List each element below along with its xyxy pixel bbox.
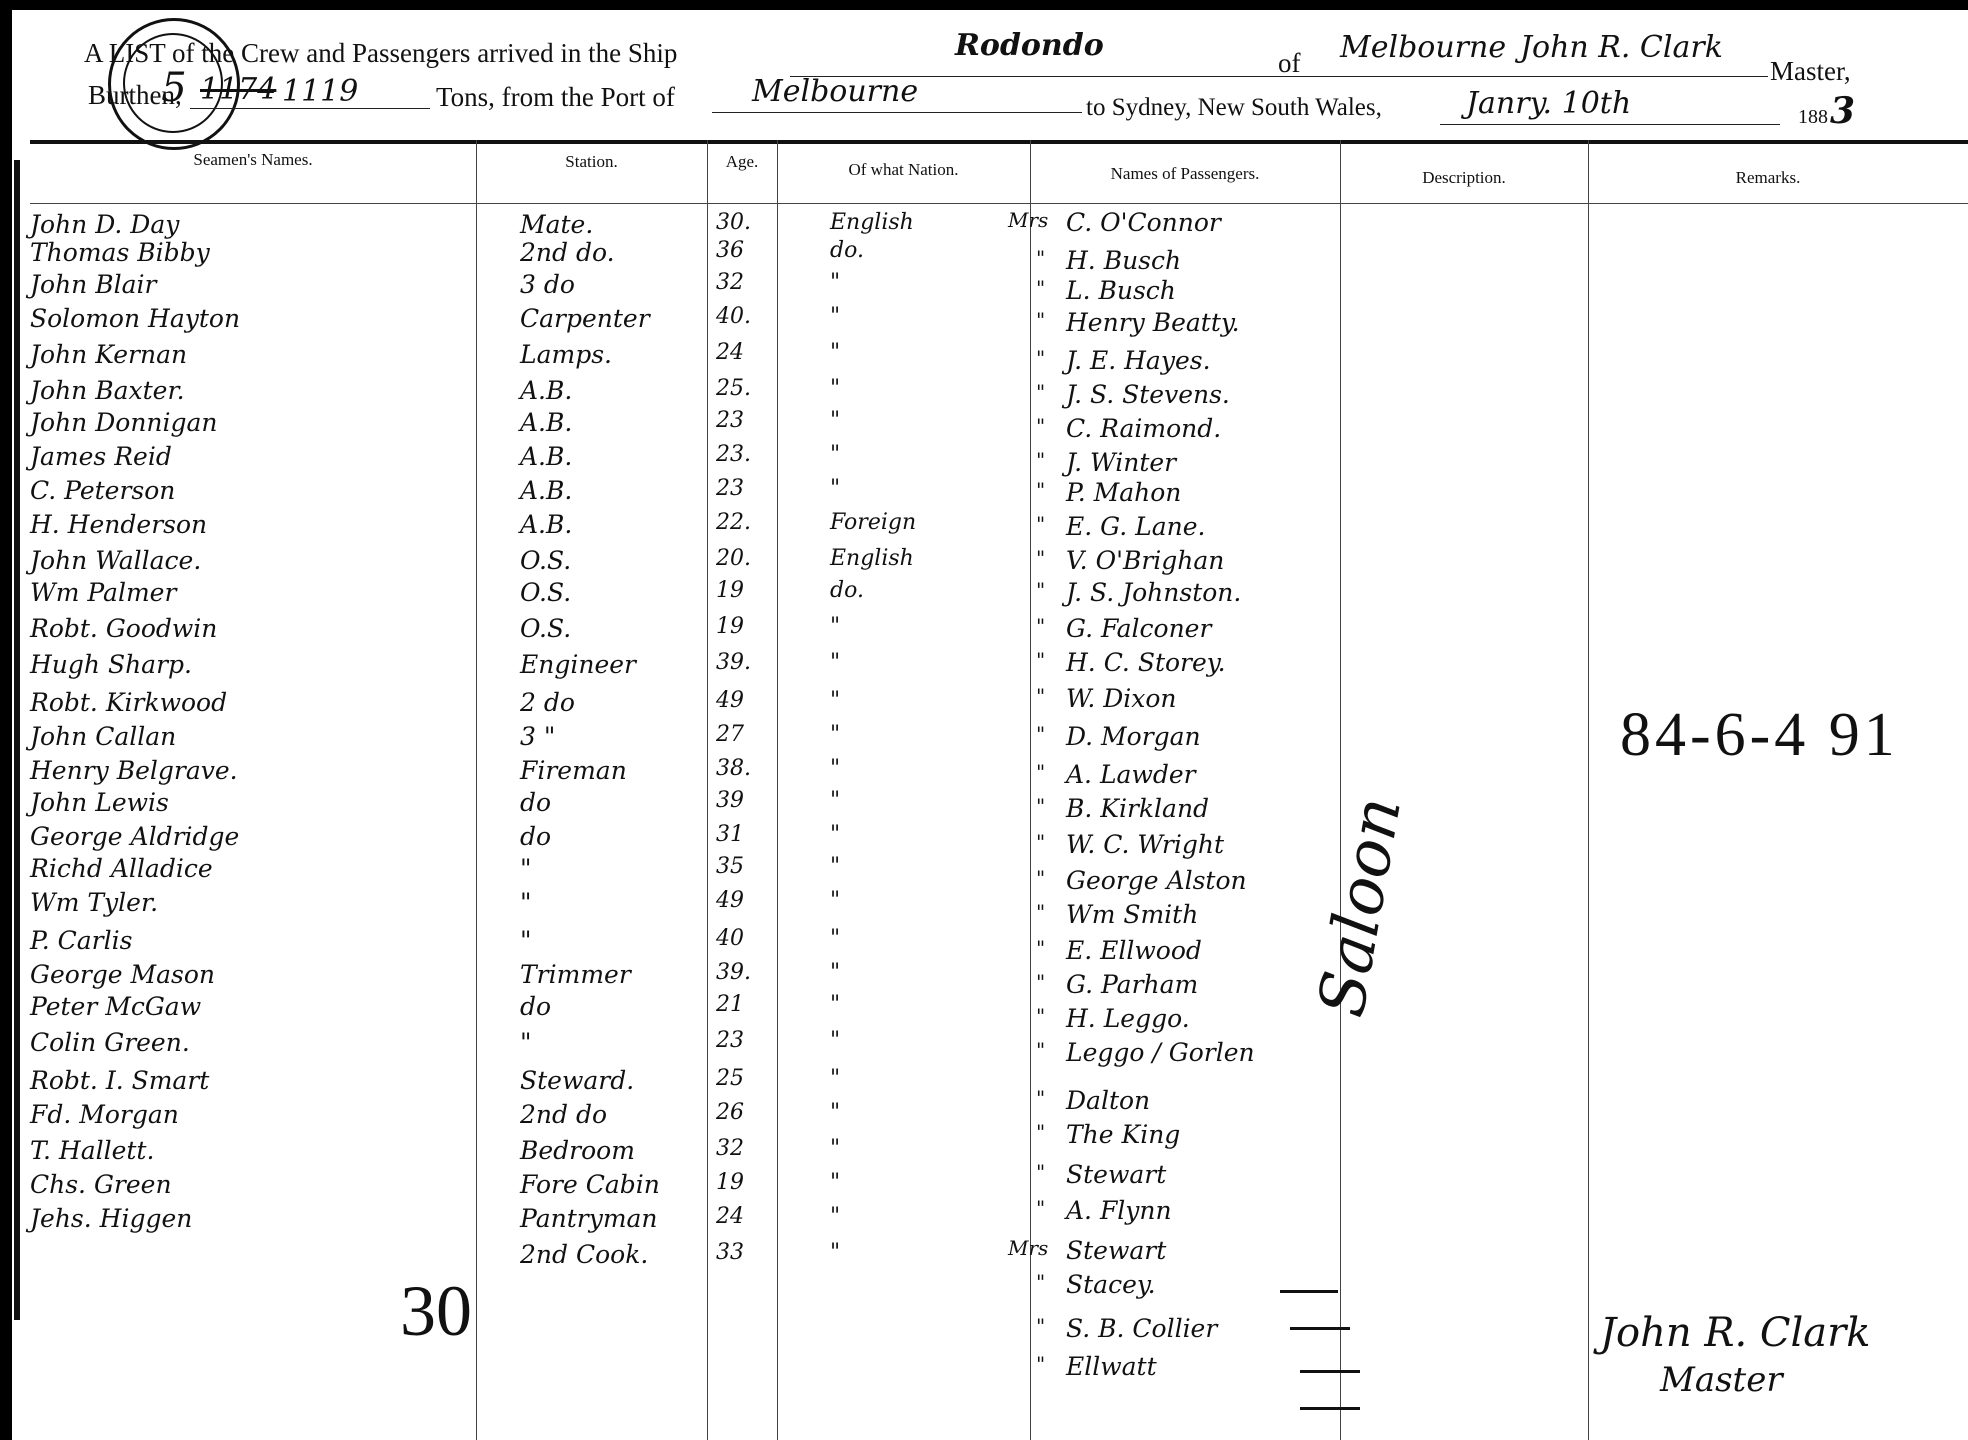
seaman-name: H. Henderson	[30, 510, 207, 539]
seaman-station: A.B.	[520, 476, 572, 505]
passenger-prefix: "	[1036, 614, 1045, 638]
seaman-nation: Foreign	[830, 510, 916, 535]
seaman-age: 32	[716, 270, 744, 295]
passenger-name: J. S. Stevens.	[1066, 380, 1230, 409]
passenger-prefix: "	[1036, 830, 1045, 854]
seaman-age: 19	[716, 1170, 744, 1195]
passenger-list-document: 5 A LIST of the Crew and Passengers arri…	[0, 0, 1968, 1440]
seaman-nation: "	[830, 304, 840, 329]
passenger-name: A. Flynn	[1066, 1196, 1172, 1225]
seaman-station: Pantryman	[520, 1204, 658, 1233]
passenger-name: D. Morgan	[1066, 722, 1201, 751]
master-signature-title: Master	[1660, 1360, 1783, 1400]
seaman-station: O.S.	[520, 614, 571, 643]
passenger-name: C. O'Connor	[1066, 208, 1221, 237]
remarks-note: 84-6-4 91	[1620, 700, 1899, 771]
seaman-name: John Lewis	[30, 788, 169, 817]
seaman-age: 26	[716, 1100, 744, 1125]
seaman-name: Jehs. Higgen	[30, 1204, 192, 1233]
seaman-age: 33	[716, 1240, 744, 1265]
passenger-name: L. Busch	[1066, 276, 1176, 305]
seaman-age: 25	[716, 1066, 744, 1091]
passenger-prefix: "	[1036, 546, 1045, 570]
seaman-nation: "	[830, 614, 840, 639]
tally-mark	[1300, 1407, 1360, 1410]
passenger-name: B. Kirkland	[1066, 794, 1209, 823]
seaman-station: O.S.	[520, 546, 571, 575]
scan-top-edge	[0, 0, 1968, 10]
seaman-station: Engineer	[520, 650, 636, 679]
passenger-prefix: "	[1036, 760, 1045, 784]
seaman-station: A.B.	[520, 510, 572, 539]
seaman-age: 19	[716, 578, 744, 603]
seaman-age: 30.	[716, 210, 751, 235]
seaman-nation: "	[830, 442, 840, 467]
col-seamen-names: Seamen's Names.	[30, 150, 476, 170]
passenger-prefix: "	[1036, 380, 1045, 404]
seaman-station: Fireman	[520, 756, 627, 785]
seaman-nation: English	[830, 546, 914, 571]
date-month-day: Janry. 10th	[1466, 86, 1631, 121]
seaman-age: 38.	[716, 756, 751, 781]
seaman-name: John Callan	[30, 722, 176, 751]
passenger-prefix: "	[1036, 648, 1045, 672]
seaman-name: Robt. I. Smart	[30, 1066, 209, 1095]
to-label: to Sydney, New South Wales,	[1086, 94, 1382, 122]
seaman-nation: "	[830, 960, 840, 985]
seaman-name: Peter McGaw	[30, 992, 201, 1021]
seaman-nation: "	[830, 376, 840, 401]
seaman-age: 32	[716, 1136, 744, 1161]
seaman-name: C. Peterson	[30, 476, 175, 505]
tons-label: Tons, from the Port of	[436, 82, 675, 113]
seaman-station: Mate.	[520, 210, 593, 239]
seaman-station: Lamps.	[520, 340, 612, 369]
passenger-name: H. Leggo.	[1066, 1004, 1190, 1033]
seaman-nation: "	[830, 1240, 840, 1265]
passenger-name: W. C. Wright	[1066, 830, 1224, 859]
binding-margin	[14, 160, 20, 1320]
ship-port: Melbourne	[1340, 30, 1506, 65]
seaman-nation: "	[830, 688, 840, 713]
passenger-name: J. E. Hayes.	[1066, 346, 1211, 375]
seaman-station: do	[520, 992, 551, 1021]
passenger-name: C. Raimond.	[1066, 414, 1221, 443]
seaman-age: 27	[716, 722, 744, 747]
seaman-age: 49	[716, 688, 744, 713]
passenger-name: E. G. Lane.	[1066, 512, 1205, 541]
tally-mark	[1280, 1290, 1338, 1293]
passenger-name: S. B. Collier	[1066, 1314, 1217, 1343]
seaman-age: 20.	[716, 546, 751, 571]
seaman-nation: "	[830, 340, 840, 365]
seaman-name: Henry Belgrave.	[30, 756, 238, 785]
master-signature: John R. Clark	[1600, 1310, 1871, 1356]
passenger-name: Stacey.	[1066, 1270, 1156, 1299]
seaman-age: 23.	[716, 442, 751, 467]
passenger-name: P. Mahon	[1066, 478, 1181, 507]
scan-left-edge	[0, 0, 12, 1440]
passenger-prefix: "	[1036, 1270, 1045, 1294]
passenger-name: H. C. Storey.	[1066, 648, 1226, 677]
ship-name: Rodondo	[955, 28, 1104, 63]
passenger-name: J. S. Johnston.	[1066, 578, 1241, 607]
seaman-nation: "	[830, 1066, 840, 1091]
seaman-nation: "	[830, 1100, 840, 1125]
seaman-nation: do.	[830, 238, 864, 263]
passenger-prefix: "	[1036, 1004, 1045, 1028]
seaman-nation: "	[830, 722, 840, 747]
seaman-name: Colin Green.	[30, 1028, 190, 1057]
seaman-nation: "	[830, 1136, 840, 1161]
seaman-name: John Blair	[30, 270, 156, 299]
seaman-station: Fore Cabin	[520, 1170, 660, 1199]
passenger-name: Stewart	[1066, 1236, 1166, 1265]
seaman-age: 40	[716, 926, 744, 951]
passenger-name: Leggo / Gorlen	[1066, 1038, 1255, 1067]
seaman-name: James Reid	[30, 442, 172, 471]
seaman-station: "	[520, 888, 532, 917]
seaman-age: 23	[716, 408, 744, 433]
seaman-station: Steward.	[520, 1066, 634, 1095]
seaman-age: 40.	[716, 304, 751, 329]
seaman-nation: "	[830, 270, 840, 295]
passenger-prefix: "	[1036, 1120, 1045, 1144]
seaman-station: A.B.	[520, 408, 572, 437]
column-divider	[476, 140, 477, 1440]
seaman-nation: "	[830, 926, 840, 951]
seaman-nation: "	[830, 1170, 840, 1195]
passenger-prefix: "	[1036, 448, 1045, 472]
passenger-prefix: "	[1036, 1160, 1045, 1184]
seaman-nation: "	[830, 1204, 840, 1229]
year-handwritten: 3	[1830, 90, 1855, 132]
column-divider	[1588, 140, 1589, 1440]
passenger-prefix: "	[1036, 970, 1045, 994]
seaman-name: T. Hallett.	[30, 1136, 154, 1165]
passenger-prefix: "	[1036, 936, 1045, 960]
passenger-name: Dalton	[1066, 1086, 1150, 1115]
passenger-name: George Alston	[1066, 866, 1247, 895]
seaman-station: A.B.	[520, 376, 572, 405]
seaman-name: Thomas Bibby	[30, 238, 210, 267]
passenger-prefix: "	[1036, 578, 1045, 602]
seaman-age: 22.	[716, 510, 751, 535]
passenger-name: H. Busch	[1066, 246, 1181, 275]
passenger-name: E. Ellwood	[1066, 936, 1202, 965]
seaman-name: George Aldridge	[30, 822, 239, 851]
seaman-name: Wm Tyler.	[30, 888, 158, 917]
seaman-age: 35	[716, 854, 744, 879]
passenger-name: J. Winter	[1066, 448, 1176, 477]
seaman-age: 24	[716, 1204, 744, 1229]
passenger-prefix: "	[1036, 684, 1045, 708]
header-title: A LIST of the Crew and Passengers arrive…	[84, 38, 677, 69]
tally-mark	[1300, 1370, 1360, 1373]
seaman-age: 19	[716, 614, 744, 639]
passenger-name: G. Falconer	[1066, 614, 1211, 643]
seaman-station: do	[520, 788, 551, 817]
passenger-name: A. Lawder	[1066, 760, 1196, 789]
master-name: John R. Clark	[1520, 30, 1723, 65]
seaman-station: 2nd do.	[520, 238, 615, 267]
seaman-age: 36	[716, 238, 744, 263]
passenger-name: G. Parham	[1066, 970, 1198, 999]
passenger-prefix: "	[1036, 900, 1045, 924]
seaman-nation: "	[830, 854, 840, 879]
passenger-prefix: "	[1036, 1352, 1045, 1376]
of-label: of	[1278, 48, 1301, 79]
passenger-prefix: "	[1036, 1038, 1045, 1062]
tally-mark	[1290, 1327, 1350, 1330]
column-divider	[777, 140, 778, 1440]
passenger-prefix: "	[1036, 722, 1045, 746]
passenger-prefix: "	[1036, 478, 1045, 502]
seaman-age: 23	[716, 476, 744, 501]
col-station: Station.	[476, 152, 707, 172]
passenger-prefix: Mrs	[1008, 1236, 1048, 1260]
col-remarks: Remarks.	[1588, 168, 1948, 188]
seaman-station: do	[520, 822, 551, 851]
seaman-name: Robt. Goodwin	[30, 614, 217, 643]
seaman-station: "	[520, 1028, 532, 1057]
column-divider	[1340, 140, 1341, 1440]
seaman-age: 21	[716, 992, 744, 1017]
seaman-nation: "	[830, 992, 840, 1017]
seaman-station: 2nd Cook.	[520, 1240, 648, 1269]
seaman-name: Richd Alladice	[30, 854, 213, 883]
seaman-nation: "	[830, 756, 840, 781]
from-port: Melbourne	[752, 74, 918, 109]
seaman-name: Wm Palmer	[30, 578, 176, 607]
seaman-station: O.S.	[520, 578, 571, 607]
seaman-age: 39	[716, 788, 744, 813]
seaman-nation: "	[830, 888, 840, 913]
seaman-nation: "	[830, 476, 840, 501]
seaman-nation: "	[830, 822, 840, 847]
col-age: Age.	[707, 152, 777, 172]
col-nation: Of what Nation.	[777, 160, 1030, 180]
seaman-age: 23	[716, 1028, 744, 1053]
year-printed: 188	[1798, 106, 1828, 129]
col-description: Description.	[1340, 168, 1588, 188]
passenger-prefix: "	[1036, 276, 1045, 300]
seaman-nation: English	[830, 210, 914, 235]
seaman-name: John Kernan	[30, 340, 187, 369]
seaman-station: A.B.	[520, 442, 572, 471]
seaman-nation: do.	[830, 578, 864, 603]
seaman-station: 2nd do	[520, 1100, 607, 1129]
passenger-prefix: "	[1036, 1086, 1045, 1110]
passenger-prefix: "	[1036, 1314, 1045, 1338]
seaman-age: 39.	[716, 650, 751, 675]
seaman-age: 39.	[716, 960, 751, 985]
burthen-struck: 1174	[200, 72, 276, 107]
passenger-prefix: "	[1036, 308, 1045, 332]
seaman-station: Carpenter	[520, 304, 650, 333]
column-divider	[707, 140, 708, 1440]
passenger-prefix: "	[1036, 866, 1045, 890]
seaman-station: 3 do	[520, 270, 575, 299]
col-passengers: Names of Passengers.	[1030, 164, 1340, 184]
burthen-value: 1119	[282, 74, 358, 109]
seaman-name: John Baxter.	[30, 376, 185, 405]
passenger-prefix: "	[1036, 246, 1045, 270]
seaman-age: 24	[716, 340, 744, 365]
passenger-prefix: "	[1036, 1196, 1045, 1220]
seaman-station: 2 do	[520, 688, 575, 717]
seaman-name: Fd. Morgan	[30, 1100, 179, 1129]
passenger-prefix: "	[1036, 414, 1045, 438]
seaman-station: "	[520, 854, 532, 883]
seaman-nation: "	[830, 408, 840, 433]
passenger-name: Stewart	[1066, 1160, 1166, 1189]
passenger-name: V. O'Brighan	[1066, 546, 1224, 575]
seaman-name: Hugh Sharp.	[30, 650, 192, 679]
passenger-name: The King	[1066, 1120, 1180, 1149]
seaman-age: 49	[716, 888, 744, 913]
passenger-prefix: "	[1036, 794, 1045, 818]
master-label: Master,	[1770, 56, 1851, 87]
seaman-name: George Mason	[30, 960, 215, 989]
passenger-name: Wm Smith	[1066, 900, 1198, 929]
passenger-prefix: Mrs	[1008, 208, 1048, 232]
column-header-rule	[30, 203, 1968, 204]
seaman-name: John Wallace.	[30, 546, 201, 575]
passenger-name: Henry Beatty.	[1066, 308, 1240, 337]
burthen-label: Burthen,	[88, 80, 182, 111]
seaman-name: Solomon Hayton	[30, 304, 240, 333]
seaman-station: Trimmer	[520, 960, 631, 989]
seaman-name: John Donnigan	[30, 408, 218, 437]
passenger-name: Ellwatt	[1066, 1352, 1157, 1381]
passenger-name: W. Dixon	[1066, 684, 1177, 713]
seaman-station: 3 "	[520, 722, 555, 751]
seaman-nation: "	[830, 650, 840, 675]
seaman-name: Robt. Kirkwood	[30, 688, 227, 717]
passenger-prefix: "	[1036, 512, 1045, 536]
seaman-station: "	[520, 926, 532, 955]
header-rule	[30, 140, 1968, 144]
seaman-name: John D. Day	[30, 210, 179, 239]
seaman-age: 31	[716, 822, 744, 847]
seaman-age: 25.	[716, 376, 751, 401]
crew-total: 30	[400, 1270, 472, 1353]
description-note: Saloon	[1305, 792, 1416, 1022]
seaman-station: Bedroom	[520, 1136, 635, 1165]
seaman-nation: "	[830, 788, 840, 813]
passenger-prefix: "	[1036, 346, 1045, 370]
seaman-name: P. Carlis	[30, 926, 132, 955]
seaman-nation: "	[830, 1028, 840, 1053]
seaman-name: Chs. Green	[30, 1170, 172, 1199]
